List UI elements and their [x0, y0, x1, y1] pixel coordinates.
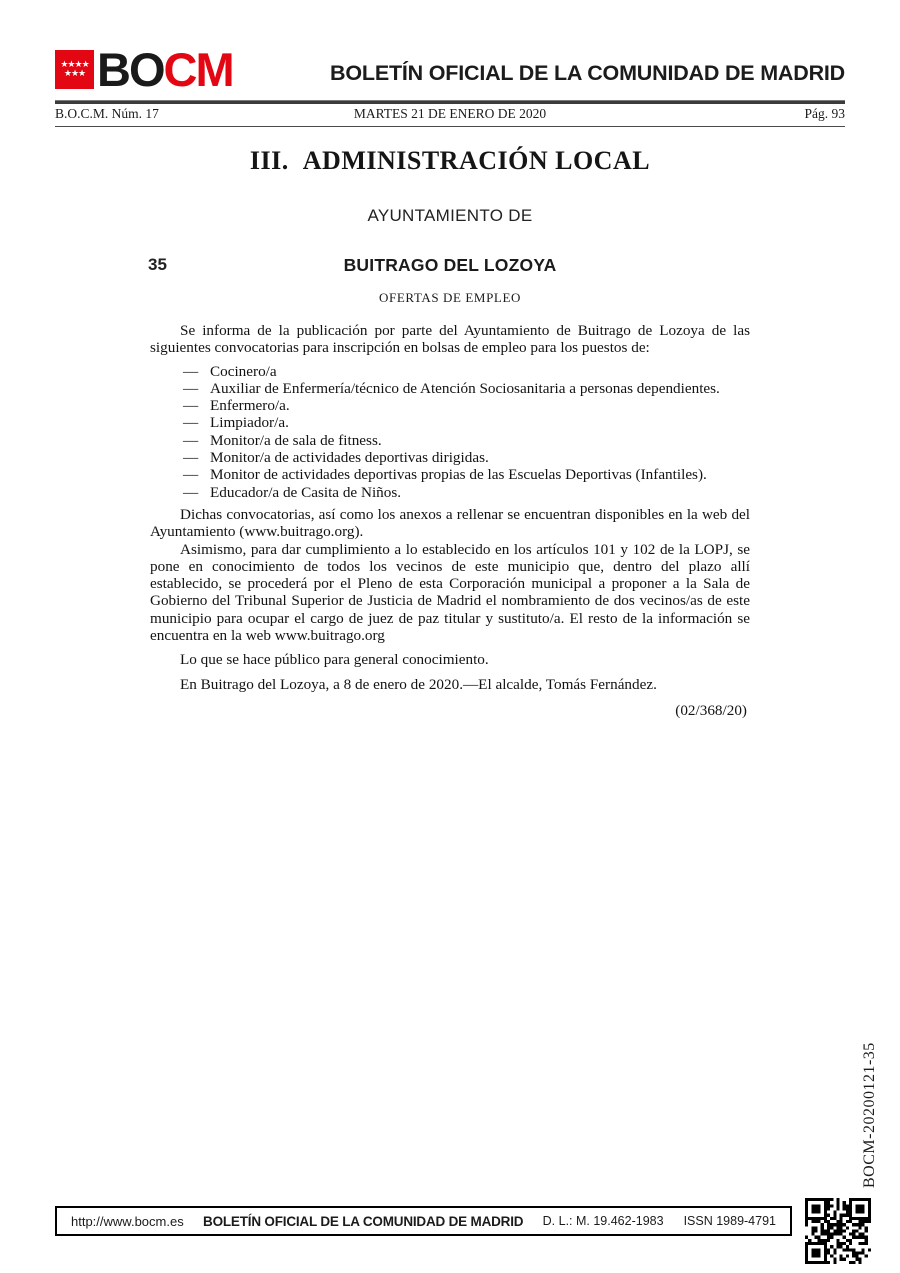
logo-text-black: BO: [97, 43, 164, 96]
paragraph-signature: En Buitrago del Lozoya, a 8 de enero de …: [150, 676, 750, 693]
list-dash: —: [183, 484, 198, 501]
qr-code: [805, 1198, 871, 1264]
bocm-logo: ★★★★ ★★★ BOCM: [55, 50, 233, 89]
footer-bar: http://www.bocm.es BOLETÍN OFICIAL DE LA…: [55, 1206, 792, 1236]
madrid-flag-icon: ★★★★ ★★★: [55, 50, 94, 89]
paragraph-lopj: Asimismo, para dar cumplimiento a lo est…: [150, 541, 750, 645]
paragraph-public-notice: Lo que se hace público para general cono…: [150, 651, 750, 668]
list-item-text: Auxiliar de Enfermería/técnico de Atenci…: [210, 380, 720, 397]
header: ★★★★ ★★★ BOCM BOLETÍN OFICIAL DE LA COMU…: [0, 0, 900, 89]
section-title: III. ADMINISTRACIÓN LOCAL: [0, 146, 900, 176]
list-item: — Enfermero/a.: [150, 397, 750, 414]
bulletin-page: ★★★★ ★★★ BOCM BOLETÍN OFICIAL DE LA COMU…: [0, 0, 900, 1273]
list-item: — Monitor/a de sala de fitness.: [150, 432, 750, 449]
footer-url: http://www.bocm.es: [71, 1214, 184, 1229]
paragraph-availability: Dichas convocatorias, así como los anexo…: [150, 506, 750, 541]
header-meta-row: B.O.C.M. Núm. 17 MARTES 21 DE ENERO DE 2…: [55, 106, 845, 125]
list-item-text: Monitor/a de actividades deportivas diri…: [210, 449, 489, 466]
footer-title: BOLETÍN OFICIAL DE LA COMUNIDAD DE MADRI…: [184, 1214, 543, 1229]
document-code-vertical: BOCM-20200121-35: [861, 1042, 879, 1188]
municipality-name: BUITRAGO DEL LOZOYA: [0, 255, 900, 276]
bulletin-title: BOLETÍN OFICIAL DE LA COMUNIDAD DE MADRI…: [330, 53, 845, 86]
list-item-text: Monitor de actividades deportivas propia…: [210, 466, 707, 483]
flag-stars-bottom: ★★★: [64, 70, 85, 79]
list-item: — Monitor/a de actividades deportivas di…: [150, 449, 750, 466]
list-dash: —: [183, 432, 198, 449]
list-item-text: Monitor/a de sala de fitness.: [210, 432, 382, 449]
list-item: — Cocinero/a: [150, 363, 750, 380]
job-list: — Cocinero/a — Auxiliar de Enfermería/té…: [150, 363, 750, 501]
list-item: — Limpiador/a.: [150, 414, 750, 431]
logo-wordmark: BOCM: [97, 50, 233, 89]
header-rule-thin: [55, 126, 845, 127]
list-dash: —: [183, 397, 198, 414]
list-item-text: Limpiador/a.: [210, 414, 289, 431]
announcement-body: Se informa de la publicación por parte d…: [150, 322, 750, 719]
reference-code: (02/368/20): [150, 702, 750, 719]
list-dash: —: [183, 414, 198, 431]
logo-text-red: CM: [164, 43, 233, 96]
list-dash: —: [183, 363, 198, 380]
list-item-text: Cocinero/a: [210, 363, 277, 380]
municipality-row: 35 BUITRAGO DEL LOZOYA: [0, 255, 900, 276]
list-item: — Monitor de actividades deportivas prop…: [150, 466, 750, 483]
list-item: — Educador/a de Casita de Niños.: [150, 484, 750, 501]
issue-number: B.O.C.M. Núm. 17: [55, 106, 316, 122]
page-number: Pág. 93: [584, 106, 845, 122]
paragraph-intro: Se informa de la publicación por parte d…: [150, 322, 750, 357]
list-dash: —: [183, 380, 198, 397]
organization-line: AYUNTAMIENTO DE: [0, 206, 900, 226]
header-rule-thick: [55, 100, 845, 104]
list-item-text: Educador/a de Casita de Niños.: [210, 484, 401, 501]
list-item-text: Enfermero/a.: [210, 397, 290, 414]
announcement-subtitle: OFERTAS DE EMPLEO: [0, 290, 900, 306]
issue-date: MARTES 21 DE ENERO DE 2020: [316, 106, 585, 122]
announcement-number: 35: [148, 255, 167, 275]
footer-legal-deposit: D. L.: M. 19.462-1983: [543, 1214, 664, 1228]
list-dash: —: [183, 466, 198, 483]
footer-issn: ISSN 1989-4791: [684, 1214, 776, 1228]
list-item: — Auxiliar de Enfermería/técnico de Aten…: [150, 380, 750, 397]
list-dash: —: [183, 449, 198, 466]
